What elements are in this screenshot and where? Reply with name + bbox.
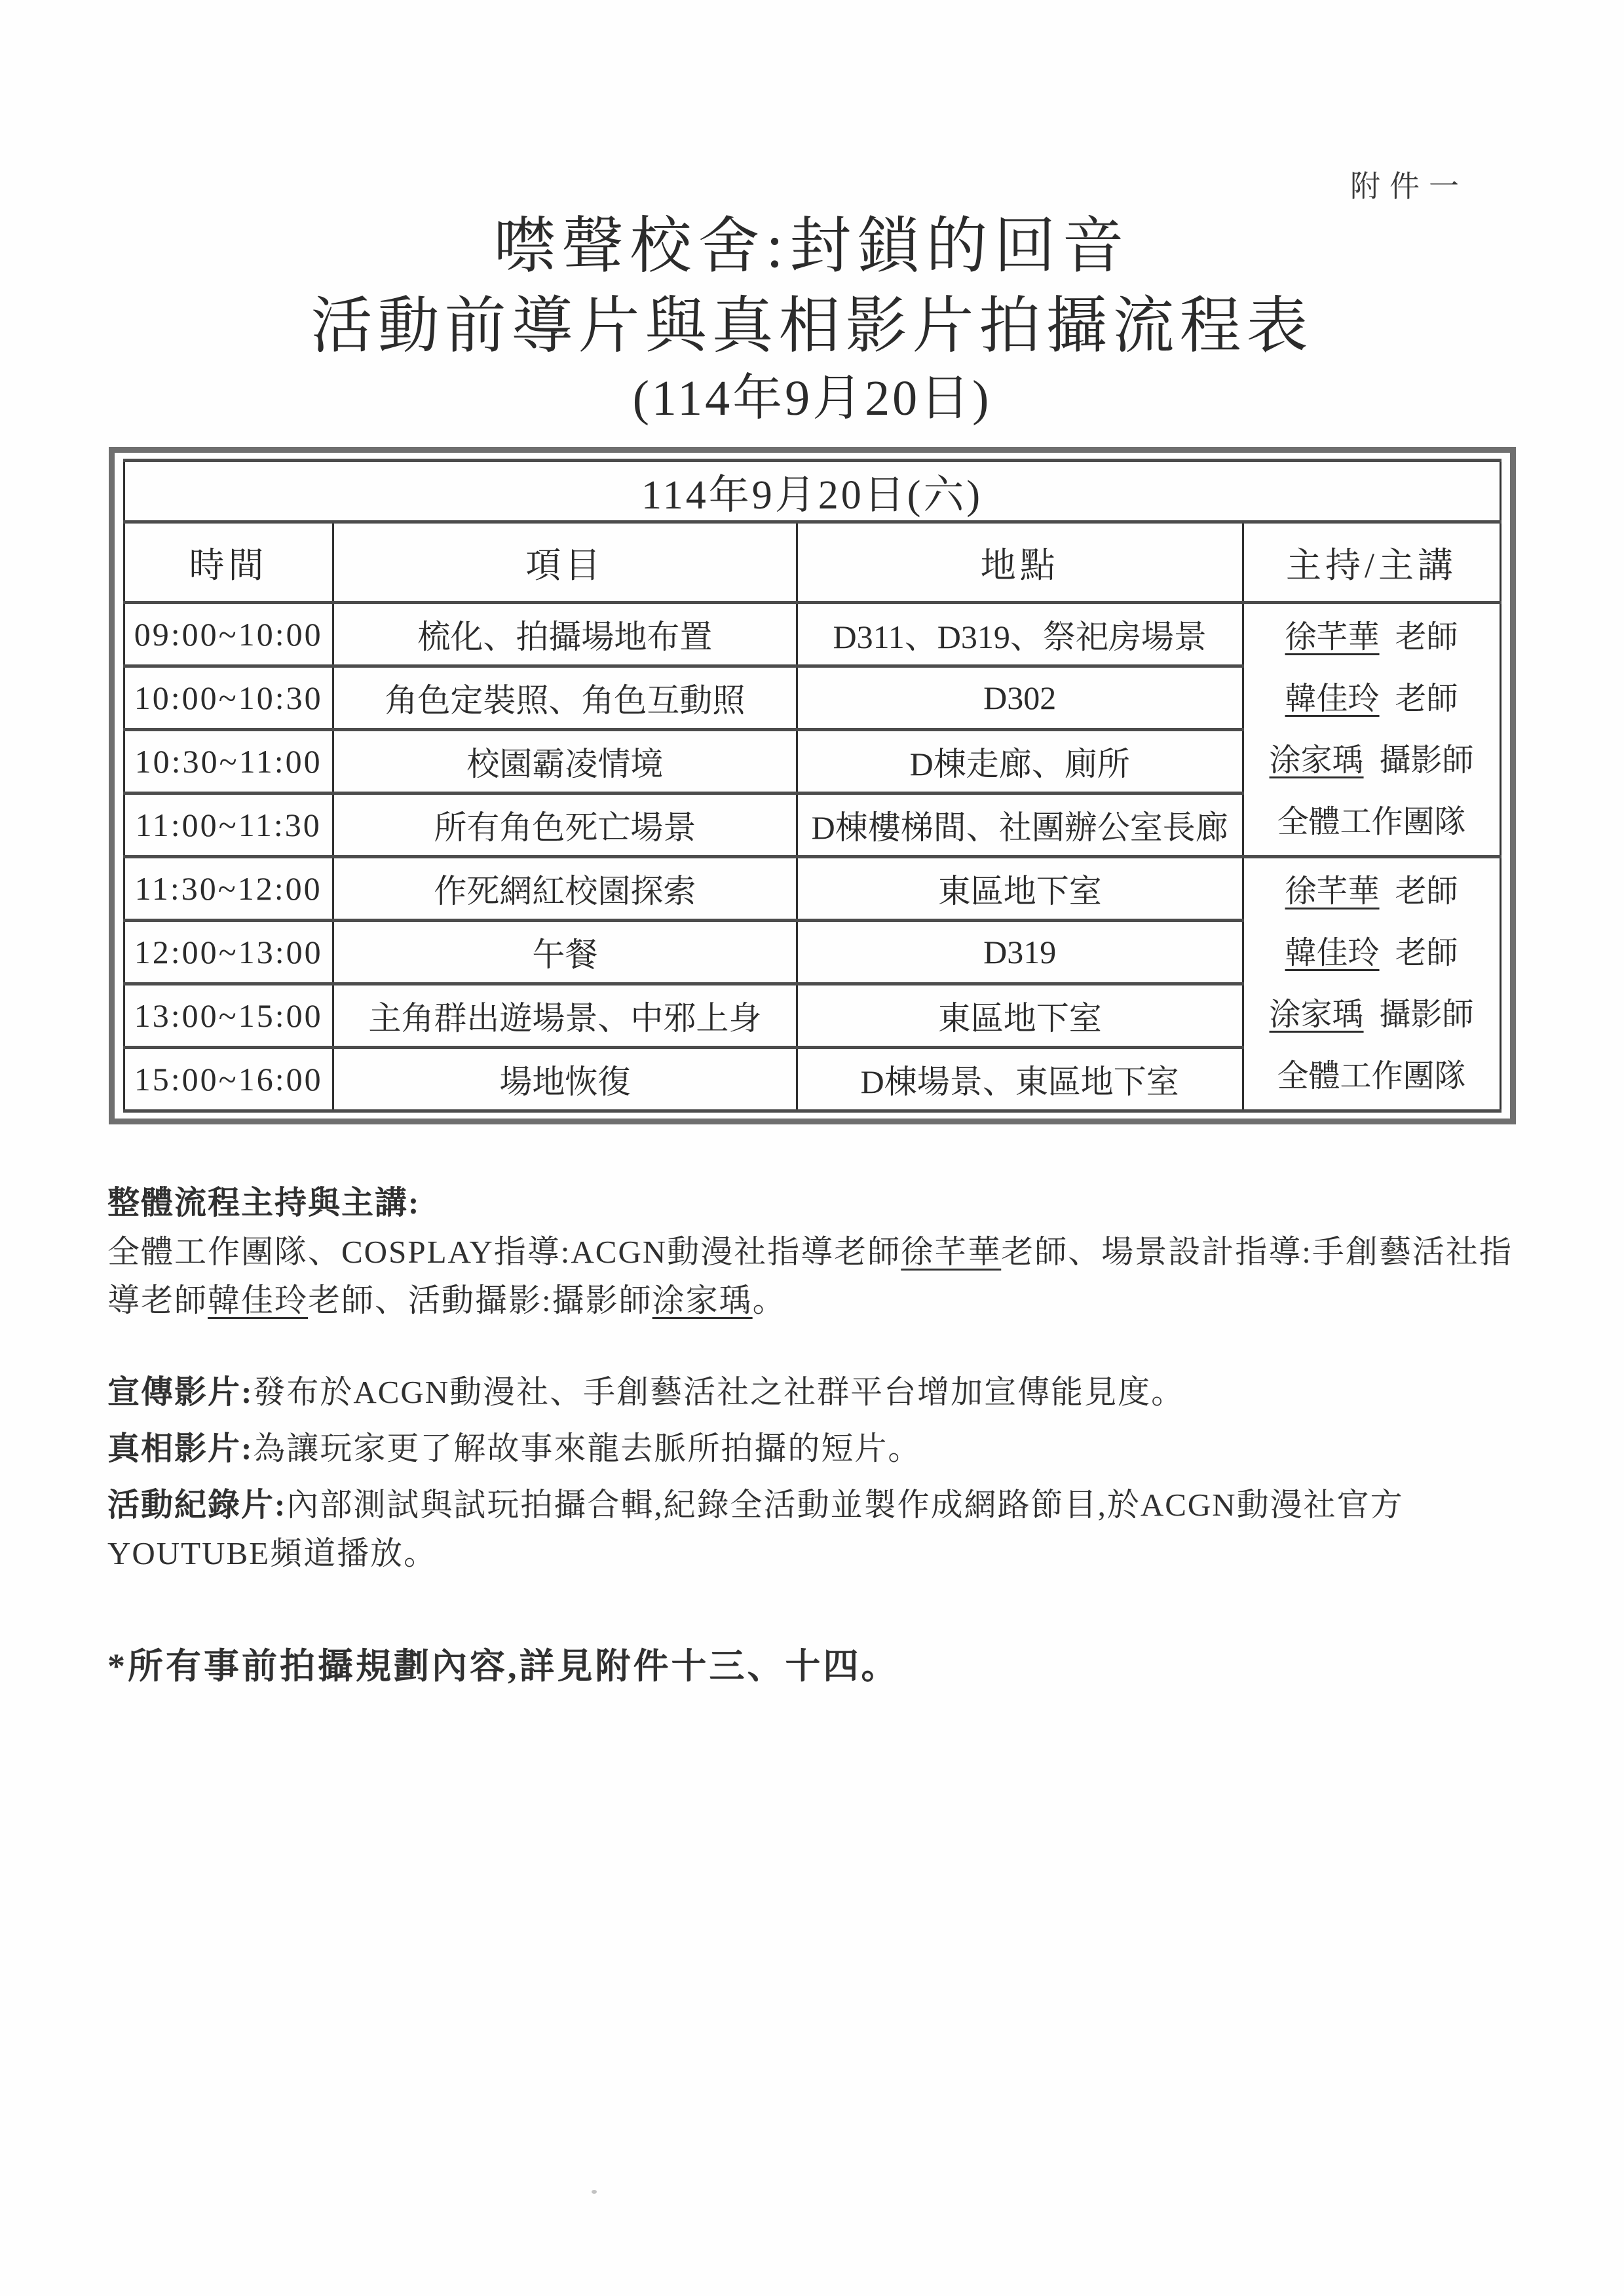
media-text: 為讓玩家更了解故事來龍去脈所拍攝的短片。	[253, 1430, 921, 1466]
host-name: 涂家瑀	[1270, 743, 1364, 778]
host-line: 徐芊華老師	[1248, 861, 1496, 923]
host-title: 老師	[1395, 874, 1458, 909]
column-header-host: 主持/主講	[1243, 522, 1500, 603]
media-line-truth: 真相影片:為讓玩家更了解故事來龍去脈所拍攝的短片。	[107, 1425, 1514, 1473]
location-cell: 東區地下室	[797, 984, 1243, 1048]
host-name: 韓佳玲	[208, 1282, 308, 1318]
document-title-block: 噤聲校舍:封鎖的回音 活動前導片與真相影片拍攝流程表 (114年9月20日)	[0, 0, 1624, 430]
overall-hosts-paragraph: 全體工作團隊、COSPLAY指導:ACGN動漫社指導老師徐芊華老師、場景設計指導…	[107, 1228, 1514, 1325]
hosts-cell-morning: 徐芊華老師 韓佳玲老師 涂家瑀攝影師 全體工作團隊	[1243, 603, 1500, 857]
host-name: 徐芊華	[1285, 874, 1380, 909]
host-line: 韓佳玲老師	[1248, 668, 1496, 730]
location-cell: D棟場景、東區地下室	[797, 1048, 1243, 1111]
table-column-header-row: 時間 項目 地點 主持/主講	[124, 522, 1500, 603]
time-cell: 10:30~11:00	[124, 730, 333, 794]
media-descriptions-block: 宣傳影片:發布於ACGN動漫社、手創藝活社之社群平台增加宣傳能見度。 真相影片:…	[107, 1368, 1514, 1578]
time-cell: 09:00~10:00	[124, 603, 333, 666]
column-header-time: 時間	[124, 522, 333, 603]
location-cell: D棟走廊、廁所	[797, 730, 1243, 794]
media-label: 宣傳影片:	[107, 1374, 253, 1410]
host-title: 攝影師	[1380, 997, 1474, 1032]
host-name: 涂家瑀	[1270, 997, 1364, 1032]
hosts-cell-afternoon: 徐芊華老師 韓佳玲老師 涂家瑀攝影師 全體工作團隊	[1243, 857, 1500, 1111]
media-line-record: 活動紀錄片:內部測試與試玩拍攝合輯,紀錄全活動並製作成網路節目,於ACGN動漫社…	[107, 1481, 1514, 1578]
location-cell: 東區地下室	[797, 857, 1243, 921]
overall-segment: 老師、活動攝影:攝影師	[308, 1282, 652, 1318]
item-cell: 所有角色死亡場景	[333, 794, 797, 857]
column-header-location: 地點	[797, 522, 1243, 603]
host-line: 徐芊華老師	[1248, 607, 1496, 668]
scan-speck	[592, 2190, 597, 2194]
host-line: 韓佳玲老師	[1248, 923, 1496, 984]
time-cell: 11:30~12:00	[124, 857, 333, 921]
host-name: 徐芊華	[901, 1234, 1001, 1270]
host-line: 全體工作團隊	[1248, 792, 1496, 853]
time-cell: 10:00~10:30	[124, 666, 333, 730]
overall-segment: 。	[753, 1282, 786, 1318]
host-title: 老師	[1395, 936, 1458, 970]
document-title-line2: 活動前導片與真相影片拍攝流程表	[0, 288, 1624, 364]
time-cell: 15:00~16:00	[124, 1048, 333, 1111]
location-cell: D311、D319、祭祀房場景	[797, 603, 1243, 666]
location-cell: D319	[797, 921, 1243, 984]
notes-section: 整體流程主持與主講: 全體工作團隊、COSPLAY指導:ACGN動漫社指導老師徐…	[107, 1179, 1514, 1578]
column-header-item: 項目	[333, 522, 797, 603]
host-name: 徐芊華	[1285, 620, 1380, 655]
host-line: 涂家瑀攝影師	[1248, 730, 1496, 792]
host-name: 韓佳玲	[1285, 681, 1380, 716]
host-title: 老師	[1395, 681, 1458, 716]
overall-segment: 全體工作團隊、COSPLAY指導:ACGN動漫社指導老師	[107, 1234, 901, 1270]
item-cell: 作死網紅校園探索	[333, 857, 797, 921]
item-cell: 午餐	[333, 921, 797, 984]
host-line: 全體工作團隊	[1248, 1046, 1496, 1107]
table-date-header-row: 114年9月20日(六)	[124, 461, 1500, 522]
attachment-label: 附件一	[1350, 163, 1468, 206]
time-cell: 12:00~13:00	[124, 921, 333, 984]
host-title: 老師	[1395, 620, 1458, 655]
scanned-document-page: 附件一 噤聲校舍:封鎖的回音 活動前導片與真相影片拍攝流程表 (114年9月20…	[0, 0, 1624, 2296]
host-team: 全體工作團隊	[1277, 805, 1466, 839]
media-label: 活動紀錄片:	[107, 1487, 286, 1523]
media-label: 真相影片:	[107, 1430, 253, 1466]
media-text: 發布於ACGN動漫社、手創藝活社之社群平台增加宣傳能見度。	[253, 1374, 1184, 1410]
media-line-promo: 宣傳影片:發布於ACGN動漫社、手創藝活社之社群平台增加宣傳能見度。	[107, 1368, 1514, 1417]
host-name: 韓佳玲	[1285, 936, 1380, 970]
host-line: 涂家瑀攝影師	[1248, 984, 1496, 1046]
document-title-line1: 噤聲校舍:封鎖的回音	[0, 210, 1624, 283]
time-cell: 13:00~15:00	[124, 984, 333, 1048]
item-cell: 主角群出遊場景、中邪上身	[333, 984, 797, 1048]
document-title-date: (114年9月20日)	[0, 367, 1624, 430]
schedule-table: 114年9月20日(六) 時間 項目 地點 主持/主講 09:00~10:00 …	[123, 459, 1501, 1113]
schedule-table-frame: 114年9月20日(六) 時間 項目 地點 主持/主講 09:00~10:00 …	[109, 447, 1516, 1124]
notes-heading: 整體流程主持與主講:	[107, 1179, 1514, 1227]
table-row: 09:00~10:00 梳化、拍攝場地布置 D311、D319、祭祀房場景 徐芊…	[124, 603, 1500, 666]
host-title: 攝影師	[1380, 743, 1474, 778]
time-cell: 11:00~11:30	[124, 794, 333, 857]
table-date-header: 114年9月20日(六)	[124, 461, 1500, 522]
media-text: 內部測試與試玩拍攝合輯,紀錄全活動並製作成網路節目,於ACGN動漫社官方YOUT…	[107, 1487, 1404, 1571]
item-cell: 角色定裝照、角色互動照	[333, 666, 797, 730]
item-cell: 場地恢復	[333, 1048, 797, 1111]
table-row: 11:30~12:00 作死網紅校園探索 東區地下室 徐芊華老師 韓佳玲老師 涂…	[124, 857, 1500, 921]
host-team: 全體工作團隊	[1277, 1059, 1466, 1094]
item-cell: 校園霸凌情境	[333, 730, 797, 794]
item-cell: 梳化、拍攝場地布置	[333, 603, 797, 666]
host-name: 涂家瑀	[652, 1282, 753, 1318]
footnote: *所有事前拍攝規劃內容,詳見附件十三、十四。	[107, 1641, 1514, 1692]
location-cell: D302	[797, 666, 1243, 730]
location-cell: D棟樓梯間、社團辦公室長廊	[797, 794, 1243, 857]
